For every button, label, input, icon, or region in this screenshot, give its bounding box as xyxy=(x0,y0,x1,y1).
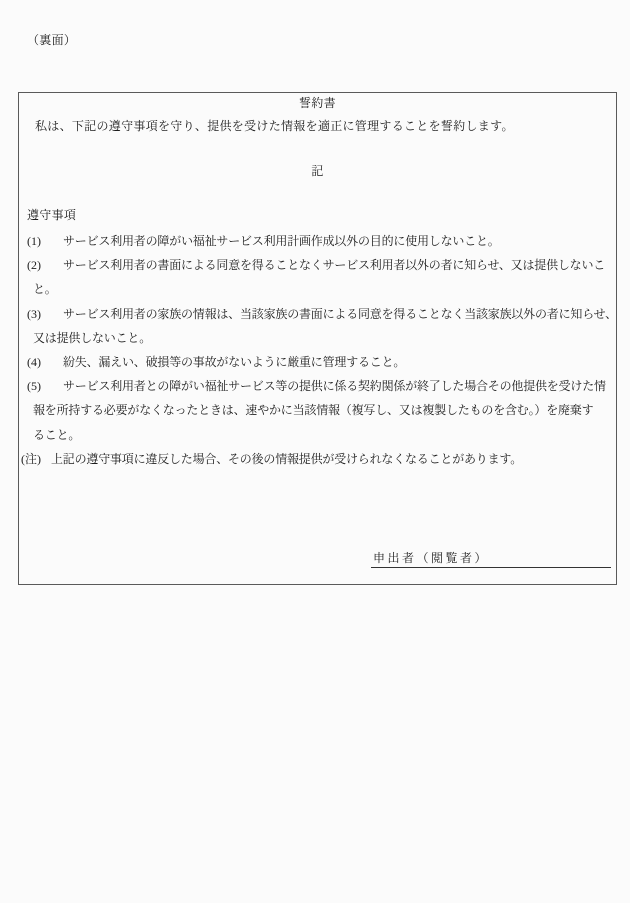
item-text: サービス利用者の書面による同意を得ることなくサービス利用者以外の者に知らせ、又は… xyxy=(63,258,605,272)
compliance-heading: 遵守事項 xyxy=(27,209,76,222)
document-page: （裏面） 誓約書 私は、下記の遵守事項を守り、提供を受けた情報を適正に管理するこ… xyxy=(0,0,630,903)
item-text: ること。 xyxy=(33,428,80,442)
compliance-item-2-continuation: と。 xyxy=(19,277,616,301)
compliance-item-5-continuation: 報を所持する必要がなくなったときは、速やかに当該情報（複写し、又は複製したものを… xyxy=(19,398,616,422)
item-text: サービス利用者の障がい福祉サービス利用計画作成以外の目的に使用しないこと。 xyxy=(63,234,500,248)
item-number: (5) xyxy=(27,374,63,398)
item-text: 報を所持する必要がなくなったときは、速やかに当該情報（複写し、又は複製したものを… xyxy=(33,403,593,417)
page-side-label: （裏面） xyxy=(27,34,76,47)
item-text: 又は提供しないこと。 xyxy=(33,331,151,345)
compliance-item-1: (1)サービス利用者の障がい福祉サービス利用計画作成以外の目的に使用しないこと。 xyxy=(19,229,616,253)
item-text: 紛失、漏えい、破損等の事故がないように厳重に管理すること。 xyxy=(63,355,405,369)
compliance-item-5: (5)サービス利用者との障がい福祉サービス等の提供に係る契約関係が終了した場合そ… xyxy=(19,374,616,398)
note-number: (注) xyxy=(21,447,51,471)
pledge-intro: 私は、下記の遵守事項を守り、提供を受けた情報を適正に管理することを誓約します。 xyxy=(35,120,514,133)
item-number: (1) xyxy=(27,229,63,253)
item-number: (3) xyxy=(27,302,63,326)
compliance-item-3-continuation: 又は提供しないこと。 xyxy=(19,326,616,350)
item-text: と。 xyxy=(33,282,57,296)
compliance-item-5-continuation: ること。 xyxy=(19,423,616,447)
item-text: サービス利用者との障がい福祉サービス等の提供に係る契約関係が終了した場合その他提… xyxy=(63,379,606,393)
item-text: サービス利用者の家族の情報は、当該家族の書面による同意を得ることなく当該家族以外… xyxy=(63,307,617,321)
note-text: 上記の遵守事項に違反した場合、その後の情報提供が受けられなくなることがあります。 xyxy=(51,452,522,466)
signature-field: 申出者（閲覧者） xyxy=(371,552,611,568)
pledge-box: 誓約書 私は、下記の遵守事項を守り、提供を受けた情報を適正に管理することを誓約し… xyxy=(18,92,617,585)
item-number: (2) xyxy=(27,253,63,277)
note-line: (注)上記の遵守事項に違反した場合、その後の情報提供が受けられなくなることがあり… xyxy=(19,447,616,471)
pledge-title: 誓約書 xyxy=(19,97,616,110)
compliance-list: (1)サービス利用者の障がい福祉サービス利用計画作成以外の目的に使用しないこと。… xyxy=(19,229,616,471)
compliance-item-4: (4)紛失、漏えい、破損等の事故がないように厳重に管理すること。 xyxy=(19,350,616,374)
item-number: (4) xyxy=(27,350,63,374)
compliance-item-3: (3)サービス利用者の家族の情報は、当該家族の書面による同意を得ることなく当該家… xyxy=(19,302,616,326)
compliance-item-2: (2)サービス利用者の書面による同意を得ることなくサービス利用者以外の者に知らせ… xyxy=(19,253,616,277)
ki-heading: 記 xyxy=(19,165,616,178)
